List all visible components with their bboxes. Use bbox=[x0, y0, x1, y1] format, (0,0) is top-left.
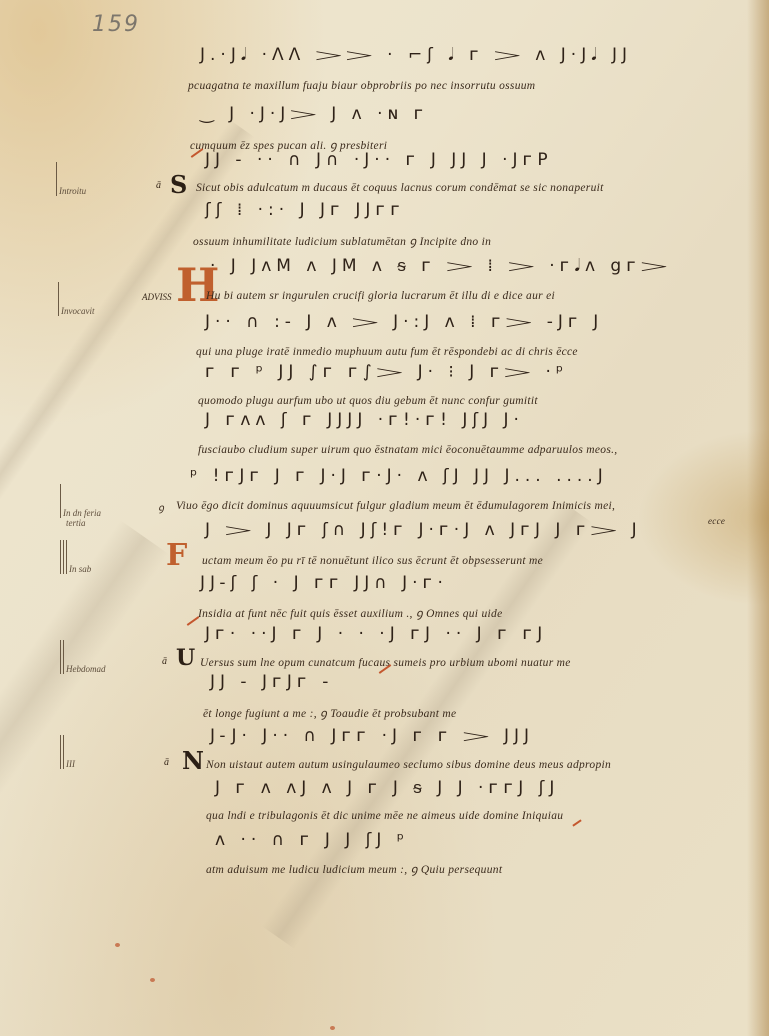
neume-row: J 𝆓 J Jᴦ ʃ∩ Jʃ!ᴦ J·ᴦ·J ᴧ JᴦJ J ᴦ𝆓 J bbox=[205, 520, 642, 540]
margin-note-hebdomada: Hebdomad bbox=[60, 640, 106, 674]
neume-row: JJ - ·· ∩ J∩ ·J·· ᴦ J JJ J ·JᴦP bbox=[205, 150, 553, 170]
pigment-spot bbox=[115, 943, 120, 947]
psalm-cue: ā bbox=[156, 180, 161, 191]
psalm-cue: ā bbox=[164, 757, 169, 768]
neume-row: ᴦ ᴦ ᵖ JJ ∫ᴦ ᴦ∫𝆓 J· ⁝ J ᴦ𝆓 ·ᵖ bbox=[205, 362, 568, 382]
chant-text-line: quomodo plugu aurfum ubo ut quos diu geb… bbox=[198, 395, 538, 407]
parchment-stain bbox=[0, 520, 169, 980]
chant-text-line: pcuagatna te maxillum fuaju biaur obprob… bbox=[188, 80, 535, 92]
neume-row: J ᴦᴧᴧ ʃ ᴦ JJJJ ·ᴦ!·ᴦ! JʃJ J· bbox=[205, 410, 524, 430]
chant-text-line: Sicut obis adulcatum m ducaus ēt coquus … bbox=[196, 182, 604, 194]
neume-row: ᵖ !ᴦJᴦ J ᴦ J·J ᴦ·J· ᴧ ʃJ JJ J... ....J bbox=[190, 466, 608, 486]
chant-text-line: qua lndi e tribulagonis ēt dic unime mēe… bbox=[206, 810, 563, 822]
parchment-stain bbox=[262, 500, 593, 949]
chant-text-line: uctam meum ēo pu rī tē nonuētunt ilico s… bbox=[202, 555, 543, 567]
margin-note-feria: In dn feriatertia bbox=[60, 484, 101, 528]
rubric-cue: ADVISS bbox=[142, 292, 172, 302]
rubric-mark bbox=[572, 819, 581, 826]
folio-number: 159 bbox=[92, 12, 140, 37]
pigment-spot bbox=[330, 1026, 335, 1030]
chant-text-line: fusciaubo cludium super uirum quo ēstnat… bbox=[198, 444, 617, 456]
initial-letter-h: H bbox=[176, 258, 219, 312]
chant-text-line: atm aduisum me ludicu ludicium meum :, ꝯ… bbox=[206, 862, 502, 877]
chant-text-line: Hu bi autem sr ingurulen crucifi gloria … bbox=[206, 290, 555, 302]
initial-letter-u: U bbox=[176, 645, 195, 671]
chant-text-line: ossuum inhumilitate ludicium sublatumēta… bbox=[193, 234, 491, 249]
chant-text-line: ēt longe fugiunt a me :, ꝯ Toaudie ēt pr… bbox=[203, 706, 456, 721]
initial-letter-n: N bbox=[182, 746, 204, 775]
margin-note-sab: In sab bbox=[60, 540, 91, 574]
margin-note-iii: III bbox=[60, 735, 75, 769]
rubric-mark bbox=[187, 616, 200, 626]
chant-text-line: qui una pluge iratē inmedio muphuum autu… bbox=[196, 346, 578, 358]
chant-text-line: Viuo ēgo dicit dominus aquuumsicut fulgu… bbox=[176, 500, 615, 512]
neume-row: J-J· J·· ∩ Jᴦᴦ ·J ᴦ ᴦ 𝆓 JJJ bbox=[210, 726, 534, 746]
neume-row: ‿ J ·J·J𝆓 J ᴧ ·ɴ ᴦ bbox=[200, 104, 429, 124]
initial-letter-s: S bbox=[170, 170, 187, 199]
psalm-cue: ā bbox=[162, 656, 167, 667]
chant-text-line: Insidia at funt nēc fuit quis ēsset auxi… bbox=[198, 606, 502, 621]
initial-letter-f: F bbox=[166, 538, 187, 573]
margin-note-invocavit: Invocavit bbox=[58, 282, 94, 316]
neume-row: Jᴦ· ··J ᴦ J · · ·J ᴦJ ·· J ᴦ ᴦJ bbox=[205, 624, 547, 644]
chant-text-line: Non uistaut autem autum usingulaumeo sec… bbox=[206, 759, 611, 771]
neume-row: JJ-ʃ ʃ · J ᴦᴦ JJ∩ J·ᴦ· bbox=[200, 573, 448, 593]
neume-row: ᴧ ·· ∩ ᴦ J J ʃJ ᵖ bbox=[215, 830, 409, 850]
neume-row: · J JᴧM ᴧ JM ᴧ ᵴ ᴦ 𝆓 ⁞ 𝆓 ·ᴦ𝅘𝅥ᴧ gᴦ𝆓 bbox=[210, 256, 672, 276]
manuscript-page: 159 Introitu Invocavit In dn feriatertia… bbox=[0, 0, 769, 1036]
neume-row: J.·J𝅘𝅥 ·ɅɅ 𝆓𝆓 · ⌐ʃ 𝅘𝅥 ᴦ 𝆓 ᴧ J·J𝅘𝅥 JJ bbox=[200, 45, 632, 65]
margin-note-introitus: Introitu bbox=[56, 162, 86, 196]
chant-text-continuation: ecce bbox=[708, 516, 725, 526]
neume-row: JJ - JᴦJᴦ - bbox=[210, 672, 333, 692]
page-edge-shadow bbox=[747, 0, 769, 1036]
psalm-cue: ꝯ bbox=[158, 500, 164, 514]
neume-row: J·· ∩ :- J ᴧ 𝆓 J·:J ᴧ ⁞ ᴦ𝆓 -Jᴦ J bbox=[205, 312, 603, 332]
neume-row: ʃʃ ⁞ ·:· J Jᴦ JJᴦᴦ bbox=[205, 200, 405, 220]
neume-row: J ᴦ ᴧ ᴧJ ᴧ J ᴦ J ᵴ J J ·ᴦᴦJ ʃJ bbox=[215, 778, 559, 798]
pigment-spot bbox=[150, 978, 155, 982]
